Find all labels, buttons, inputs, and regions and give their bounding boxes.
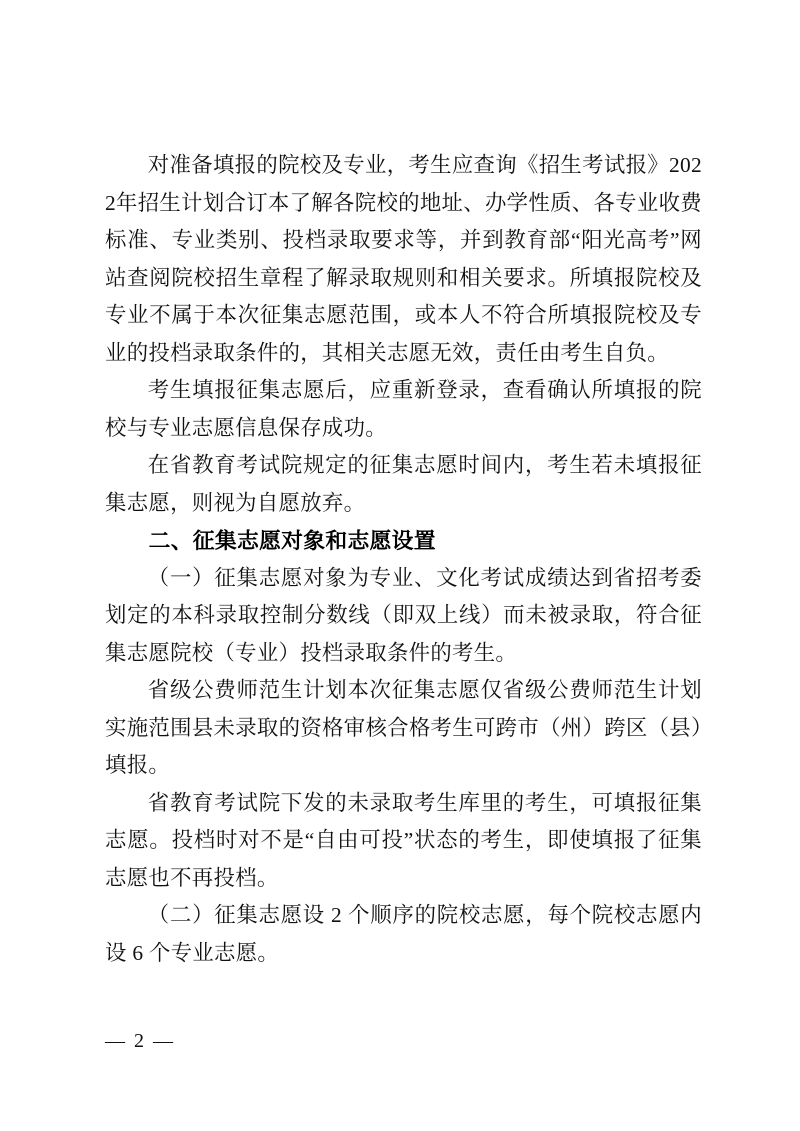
paragraph-relogin-confirm: 考生填报征集志愿后，应重新登录，查看确认所填报的院校与专业志愿信息保存成功。 [105,372,702,447]
section-heading: 二、征集志愿对象和志愿设置 [105,522,702,560]
paragraph-item-one-eligibility: （一）征集志愿对象为专业、文化考试成绩达到省招考委划定的本科录取控制分数线（即双… [105,560,702,673]
document-page: 对准备填报的院校及专业，考生应查询《招生考试报》2022年招生计划合订本了解各院… [0,0,800,1131]
paragraph-unadmitted-pool: 省教育考试院下发的未录取考生库里的考生，可填报征集志愿。投档时对不是“自由可投”… [105,785,702,898]
paragraph-deadline-waiver: 在省教育考试院规定的征集志愿时间内，考生若未填报征集志愿，则视为自愿放弃。 [105,447,702,522]
paragraph-item-two-volunteer-setup: （二）征集志愿设 2 个顺序的院校志愿，每个院校志愿内设 6 个专业志愿。 [105,897,702,972]
document-content: 对准备填报的院校及专业，考生应查询《招生考试报》2022年招生计划合订本了解各院… [105,147,702,972]
page-number: — 2 — [105,1029,175,1053]
paragraph-provincial-teacher-plan: 省级公费师范生计划本次征集志愿仅省级公费师范生计划实施范围县未录取的资格审核合格… [105,672,702,785]
paragraph-intro-requirements: 对准备填报的院校及专业，考生应查询《招生考试报》2022年招生计划合订本了解各院… [105,147,702,372]
